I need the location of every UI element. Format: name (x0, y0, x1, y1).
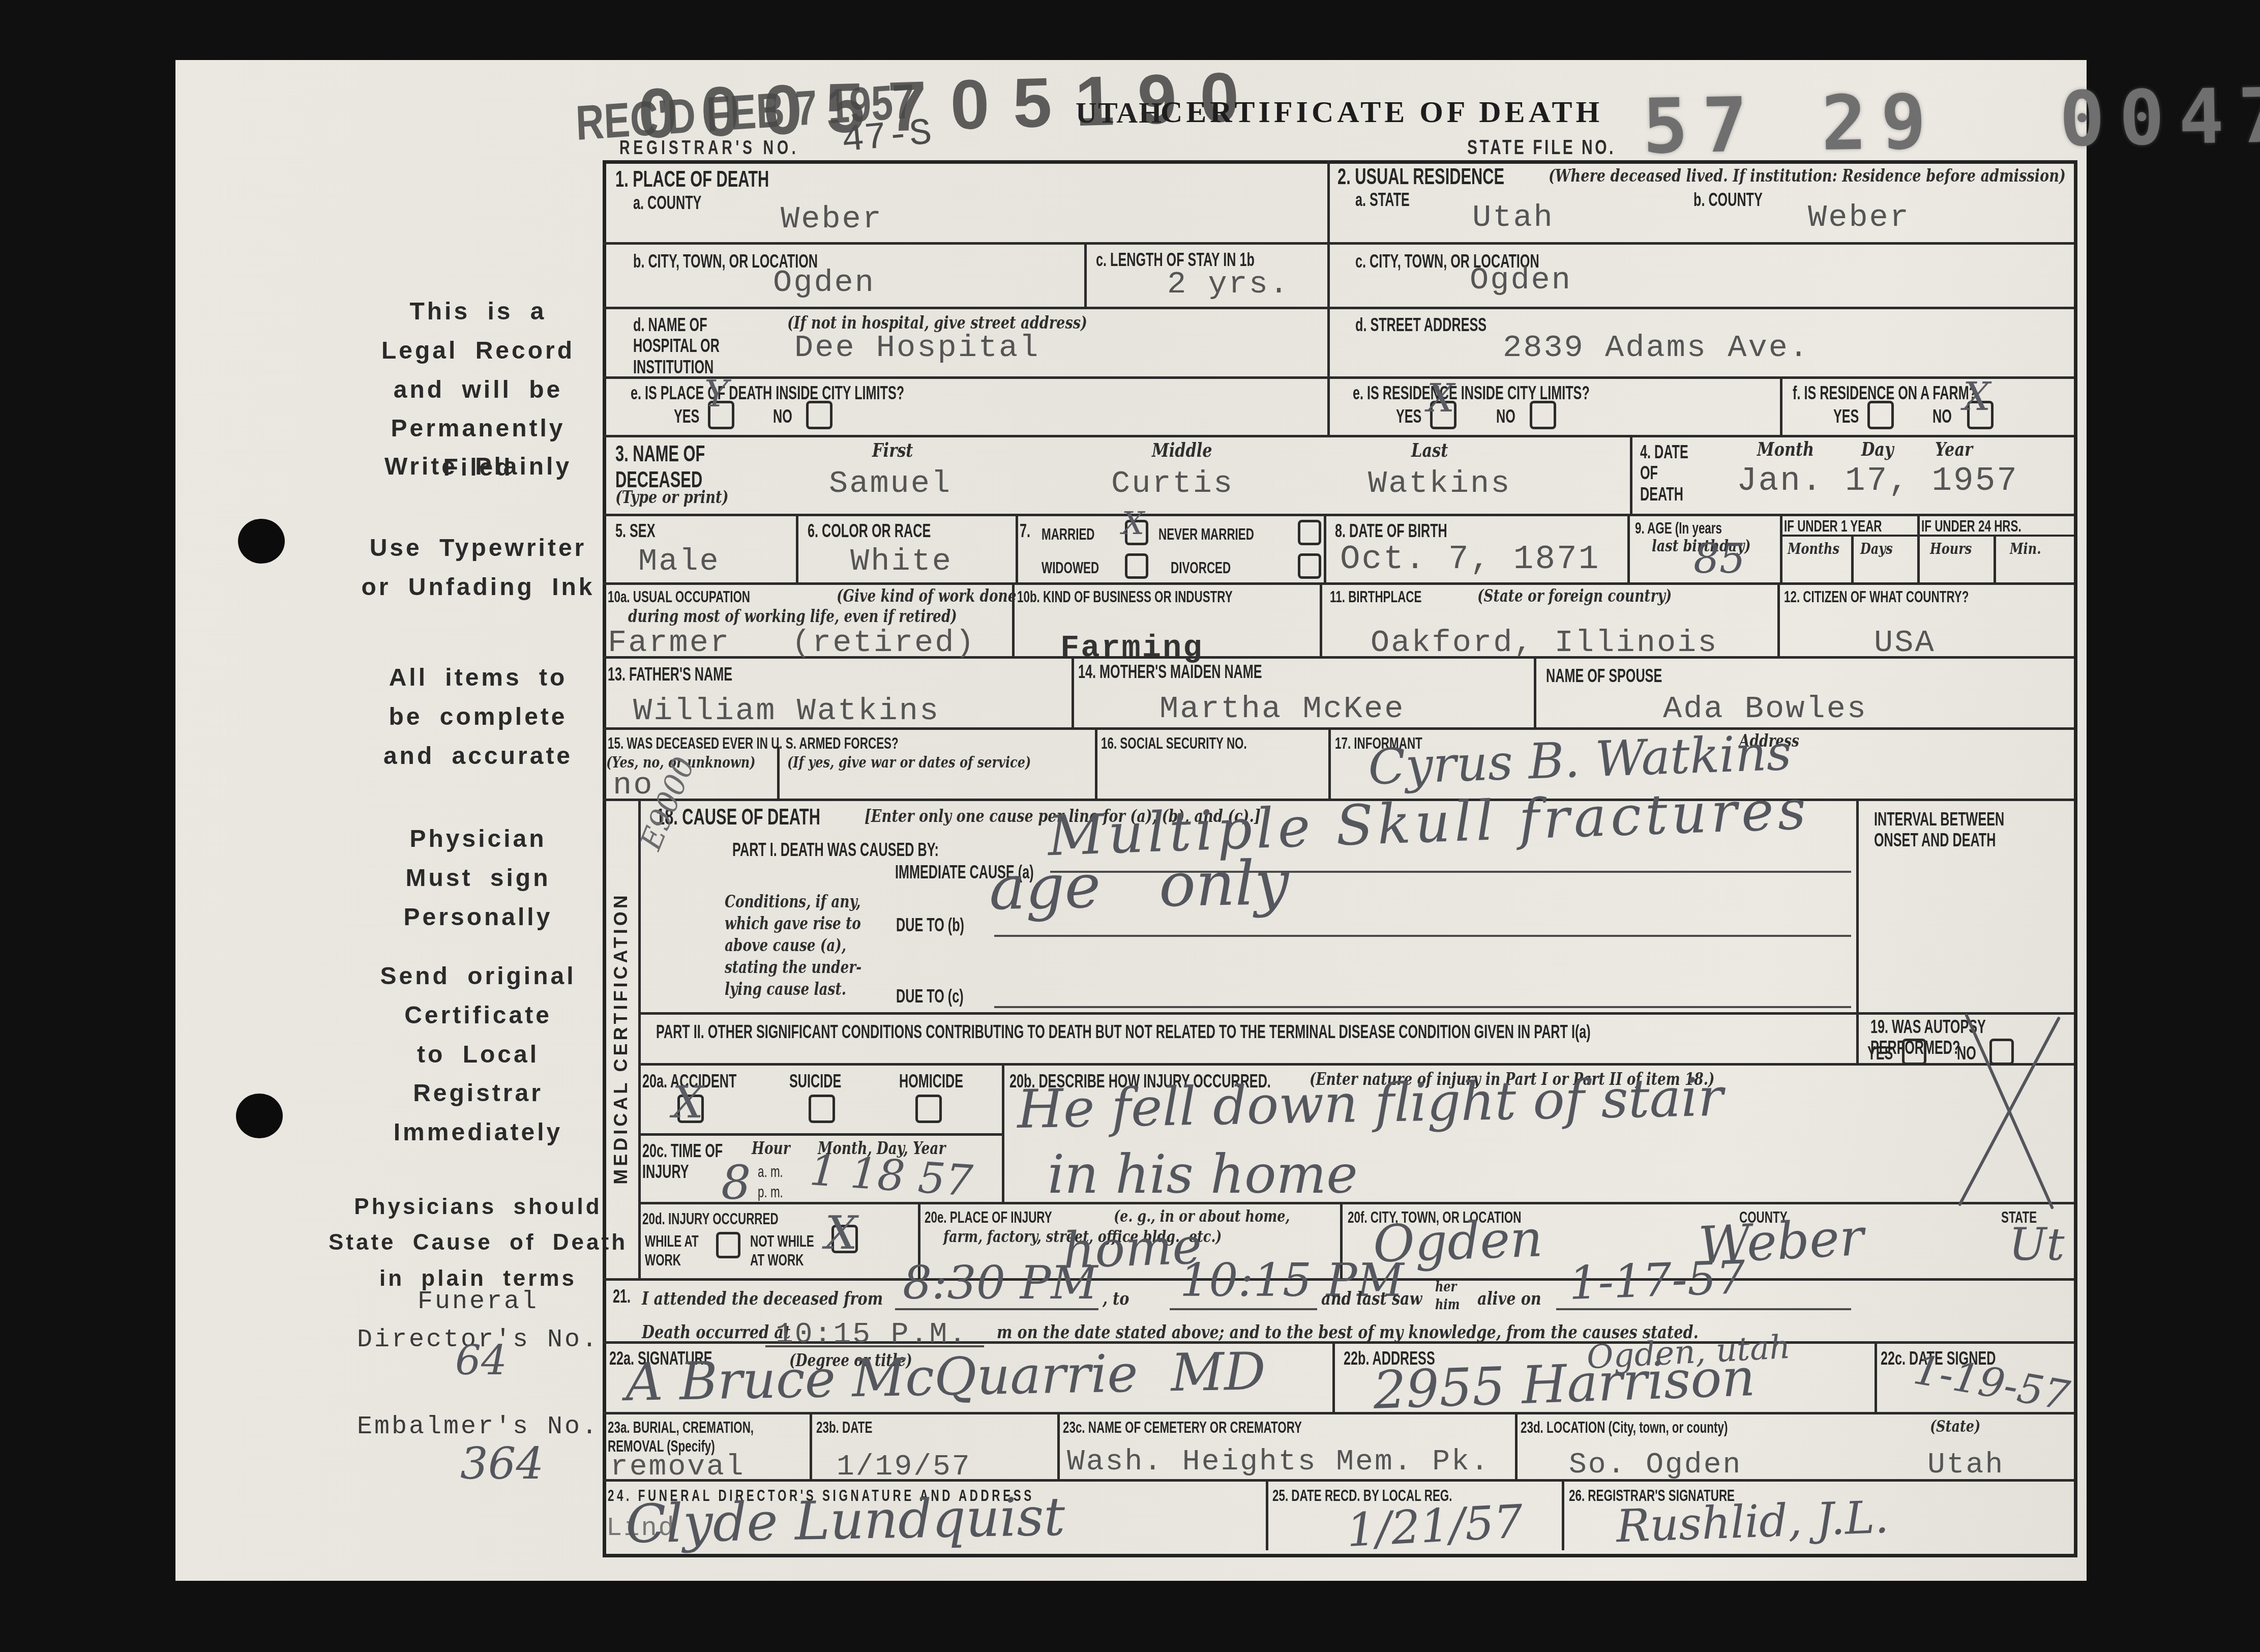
if-under-24-hrs-label: IF UNDER 24 HRS. (1921, 517, 2021, 536)
birthplace-hint: (State or foreign country) (1477, 586, 1672, 606)
never-married-checkbox (1298, 520, 1321, 545)
blank-line (895, 1308, 1098, 1310)
no-label: NO (773, 406, 792, 427)
mothers-maiden-name-value: Martha McKee (1159, 691, 1405, 727)
occupation-value: Farmer (retired) (608, 625, 976, 661)
citizen-value: USA (1874, 625, 1936, 661)
grid-line (1320, 582, 1322, 656)
burial-value: removal (610, 1451, 745, 1484)
residence-county-value: Weber (1808, 199, 1910, 235)
burial-location-label: 23d. LOCATION (City, town, or county) (1521, 1418, 1728, 1437)
occupation-label: 10a. USUAL OCCUPATION (608, 587, 750, 606)
length-of-stay-value: 2 yrs. (1167, 266, 1290, 302)
hours-label: Hours (1930, 540, 1972, 558)
blank-line (1556, 1308, 1851, 1310)
blank-line (994, 1006, 1851, 1008)
armed-forces-label: 15. WAS DECEASED EVER IN U. S. ARMED FOR… (608, 734, 899, 753)
residence-farm-yes-checkbox (1867, 401, 1894, 429)
residence-city-limits-no-checkbox (1530, 401, 1556, 429)
months-label: Months (1788, 540, 1839, 558)
days-label: Days (1860, 540, 1893, 558)
death-occurred-text: Death occurred at (642, 1321, 790, 1343)
spouse-value: Ada Bowles (1663, 691, 1867, 727)
grid-line (1266, 1479, 1268, 1550)
last-name-value: Watkins (1368, 465, 1511, 501)
street-address-label: d. STREET ADDRESS (1355, 314, 1486, 335)
funeral-directors-no-value: 64 (455, 1337, 507, 1384)
grid-line (603, 514, 2074, 516)
conditions-note: Conditions, if any, which gave rise to a… (725, 891, 861, 1000)
interval-label: INTERVAL BETWEEN ONSET AND DEATH (1874, 809, 2004, 851)
day-label: Day (1861, 437, 1894, 460)
year-label: Year (1935, 437, 1973, 460)
mothers-maiden-name-label: 14. MOTHER'S MAIDEN NAME (1078, 661, 1262, 682)
grid-line (603, 1479, 2074, 1482)
pm-label: p. m. (758, 1183, 783, 1201)
never-married-label: NEVER MARRIED (1158, 525, 1254, 544)
divorced-label: DIVORCED (1171, 558, 1231, 577)
spouse-label: NAME OF SPOUSE (1546, 665, 1662, 686)
death-city-limits-label: e. IS PLACE OF DEATH INSIDE CITY LIMITS? (631, 382, 904, 403)
yes-label: YES (674, 406, 699, 427)
name-of-deceased-title: 3. NAME OF DECEASED (615, 441, 705, 493)
while-at-work-label: WHILE AT WORK (645, 1232, 699, 1270)
grid-line (1324, 514, 1326, 582)
title-utah: UTAH (1076, 96, 1163, 130)
part1-label: PART I. DEATH WAS CAUSED BY: (732, 839, 939, 860)
grid-line (1562, 1479, 1564, 1550)
no-label: NO (1496, 406, 1515, 427)
grid-line (1515, 1412, 1518, 1479)
armed-forces-value: no (613, 767, 653, 803)
scanned-death-certificate: 0005705190 REC'D FEB 7 1957 REGISTRAR'S … (0, 0, 2260, 1652)
attended-from-value: 8:30 PM (903, 1256, 1097, 1310)
residence-county-label: b. COUNTY (1693, 189, 1763, 210)
birthplace-value: Oakford, Illinois (1371, 625, 1718, 661)
grid-line (1072, 656, 1074, 727)
attended-text-to: , to (1103, 1288, 1129, 1309)
grid-line (603, 376, 2074, 379)
sex-label: 5. SEX (615, 520, 655, 541)
due-to-c-label: DUE TO (c) (896, 986, 964, 1007)
color-race-label: 6. COLOR OR RACE (808, 520, 931, 541)
grid-line (1851, 535, 1854, 582)
blank-line (994, 935, 1851, 937)
date-of-birth-label: 8. DATE OF BIRTH (1335, 520, 1447, 541)
grid-line (638, 1133, 1002, 1136)
industry-value: Farming (1060, 630, 1203, 666)
am-label: a. m. (758, 1162, 783, 1181)
grid-line (603, 435, 2074, 437)
type-or-print-hint: (Type or print) (615, 487, 729, 508)
no-label: NO (1932, 406, 1952, 427)
date-of-death-value: Jan. 17, 1957 (1737, 462, 2018, 500)
widowed-label: WIDOWED (1042, 558, 1099, 577)
grid-line (603, 242, 2074, 245)
residence-city-value: Ogden (1470, 262, 1572, 298)
date-of-death-label: 4. DATE OF DEATH (1640, 441, 1688, 505)
state-label: a. STATE (1355, 189, 1410, 210)
county-value: Weber (781, 201, 883, 237)
not-while-at-work-label: NOT WHILE AT WORK (750, 1232, 814, 1270)
cemetery-label: 23c. NAME OF CEMETERY OR CREMATORY (1063, 1418, 1302, 1437)
place-of-injury-label: 20e. PLACE OF INJURY (925, 1208, 1052, 1227)
marital-number: 7. (1020, 520, 1030, 541)
usual-residence-hint: (Where deceased lived. If institution: R… (1549, 166, 2066, 186)
death-city-limits-no-checkbox (806, 401, 832, 429)
registrar-signature-value: Rushlid, J.L. (1615, 1491, 1889, 1553)
city-value: Ogden (773, 264, 875, 301)
grid-line (1875, 1341, 1877, 1412)
grid-line (1994, 535, 1996, 582)
grid-line (777, 747, 780, 799)
accident-mark: X (672, 1077, 703, 1128)
state-file-no-label: STATE FILE NO. (1467, 136, 1616, 159)
autopsy-yes-checkbox (1902, 1039, 1926, 1065)
autopsy-no-checkbox (1989, 1039, 2014, 1065)
county-label: a. COUNTY (633, 192, 701, 213)
due-to-b-value: age only (989, 848, 1290, 924)
divorced-checkbox (1298, 553, 1321, 579)
death-city-limits-yes-mark: Y (704, 372, 729, 415)
if-under-1-year-label: IF UNDER 1 YEAR (1784, 517, 1882, 536)
min-label: Min. (2010, 540, 2041, 558)
grid-line (603, 1412, 2074, 1414)
injury-description-line2: in his home (1048, 1143, 1358, 1205)
grid-line (1856, 799, 1859, 1063)
registrars-no-value: 47-S (840, 112, 934, 162)
state-file-no-stamp: 57 29 0047 (1642, 72, 2260, 170)
grid-line (1777, 582, 1780, 656)
grid-line (1327, 160, 1330, 435)
month-label: Month (1757, 437, 1814, 460)
suicide-label: SUICIDE (789, 1071, 841, 1091)
age-value: 85 (1693, 535, 1745, 582)
grid-line (1780, 376, 1782, 435)
no-label: NO (1957, 1043, 1976, 1064)
date-received-value: 1/21/57 (1345, 1495, 1524, 1557)
color-race-value: White (850, 543, 953, 579)
yes-label: YES (1833, 406, 1859, 427)
burial-state-value: Utah (1927, 1449, 2004, 1482)
injury-hour-value: 8 (721, 1156, 751, 1210)
grid-line (1780, 514, 1782, 582)
residence-farm-no-mark: X (1963, 374, 1990, 419)
burial-location-value: So. Ogden (1569, 1449, 1742, 1482)
part2-label: PART II. OTHER SIGNIFICANT CONDITIONS CO… (656, 1021, 1591, 1042)
street-address-value: 2839 Adams Ave. (1503, 330, 1809, 366)
physician-signature: A Bruce McQuarrie MD (625, 1341, 1266, 1413)
homicide-label: HOMICIDE (899, 1071, 963, 1091)
married-label: MARRIED (1042, 525, 1095, 544)
fathers-name-value: William Watkins (633, 693, 940, 729)
funeral-director-signature: Clyde Lundquist (625, 1485, 1065, 1555)
yes-label: YES (1867, 1043, 1893, 1064)
citizen-label: 12. CITIZEN OF WHAT COUNTRY? (1784, 587, 1969, 606)
burial-label: 23a. BURIAL, CREMATION, REMOVAL (Specify… (608, 1418, 754, 1456)
grid-line (603, 582, 2074, 585)
hour-label: Hour (752, 1138, 790, 1158)
injury-description-line1: He fell down flight of stair (1017, 1066, 1723, 1140)
sex-value: Male (638, 543, 720, 579)
embalmers-no-value: 364 (460, 1438, 544, 1489)
industry-label: 10b. KIND OF BUSINESS OR INDUSTRY (1017, 587, 1233, 606)
grid-line (1630, 435, 1632, 514)
page-title: CERTIFICATE OF DEATH (1161, 95, 1603, 130)
hospital-label: d. NAME OF HOSPITAL OR INSTITUTION (633, 314, 720, 377)
attended-text-3: alive on (1477, 1288, 1541, 1309)
burial-state-label: (State) (1930, 1417, 1980, 1436)
injury-state-value: Ut (2009, 1218, 2065, 1271)
hospital-value: Dee Hospital (794, 330, 1039, 366)
date-of-birth-value: Oct. 7, 1871 (1340, 540, 1600, 578)
punch-hole (236, 1094, 283, 1138)
grid-line (1057, 1412, 1060, 1479)
cemetery-value: Wash. Heights Mem. Pk. (1067, 1445, 1490, 1479)
middle-name-label: Middle (1152, 438, 1212, 461)
grid-line (1002, 1063, 1004, 1202)
first-name-label: First (872, 438, 913, 461)
suicide-checkbox (809, 1095, 835, 1123)
grid-line (638, 1063, 2074, 1066)
first-name-value: Samuel (829, 465, 951, 501)
grid-line (810, 1412, 812, 1479)
attended-text-2: and last saw (1321, 1288, 1422, 1309)
attended-text-1: I attended the deceased from (642, 1288, 883, 1309)
social-security-label: 16. SOCIAL SECURITY NO. (1101, 734, 1247, 753)
attended-number: 21. (613, 1286, 631, 1307)
grid-line (1095, 727, 1097, 799)
due-to-b-label: DUE TO (b) (896, 914, 964, 935)
burial-date-value: 1/19/57 (837, 1451, 971, 1484)
grid-line (1534, 656, 1536, 727)
grid-line (1084, 242, 1087, 307)
grid-line (1627, 514, 1630, 582)
last-name-label: Last (1411, 438, 1448, 461)
grid-line (603, 307, 2074, 309)
grid-line (1016, 514, 1018, 582)
fathers-name-label: 13. FATHER'S NAME (608, 664, 732, 685)
time-of-injury-label: 20c. TIME OF INJURY (642, 1140, 723, 1183)
while-at-work-checkbox (716, 1232, 740, 1258)
widowed-checkbox (1125, 553, 1148, 579)
residence-city-limits-label: e. IS RESIDENCE INSIDE CITY LIMITS? (1353, 382, 1590, 403)
usual-residence-title: 2. USUAL RESIDENCE (1337, 164, 1504, 190)
grid-line (1332, 1341, 1335, 1412)
grid-line (1917, 514, 1920, 582)
yes-label: YES (1396, 406, 1421, 427)
armed-forces-hint2: (If yes, give war or dates of service) (787, 754, 1031, 772)
blank-line (1170, 1308, 1317, 1310)
state-value: Utah (1472, 199, 1554, 235)
burial-date-label: 23b. DATE (816, 1418, 872, 1437)
residence-city-limits-yes-mark: X (1427, 375, 1454, 421)
occupation-hint2: during most of working life, even if ret… (628, 606, 957, 626)
grid-line (796, 514, 798, 582)
last-seen-alive-value: 1-17-57 (1568, 1251, 1746, 1310)
birthplace-label: 11. BIRTHPLACE (1330, 587, 1421, 606)
married-mark: X (1122, 505, 1144, 542)
occupation-hint1: (Give kind of work done (837, 586, 1017, 606)
injury-occurred-label: 20d. INJURY OCCURRED (642, 1209, 779, 1228)
registrars-no-label: REGISTRAR'S NO. (619, 137, 799, 159)
place-of-death-title: 1. PLACE OF DEATH (615, 167, 769, 193)
medical-certification-strip-label: MEDICAL CERTIFICATION (603, 799, 639, 1278)
homicide-checkbox (915, 1095, 942, 1123)
not-while-at-work-mark: X (825, 1206, 857, 1260)
middle-name-value: Curtis (1111, 465, 1234, 501)
grid-line (1328, 727, 1331, 799)
her-him-label: her him (1435, 1278, 1460, 1313)
